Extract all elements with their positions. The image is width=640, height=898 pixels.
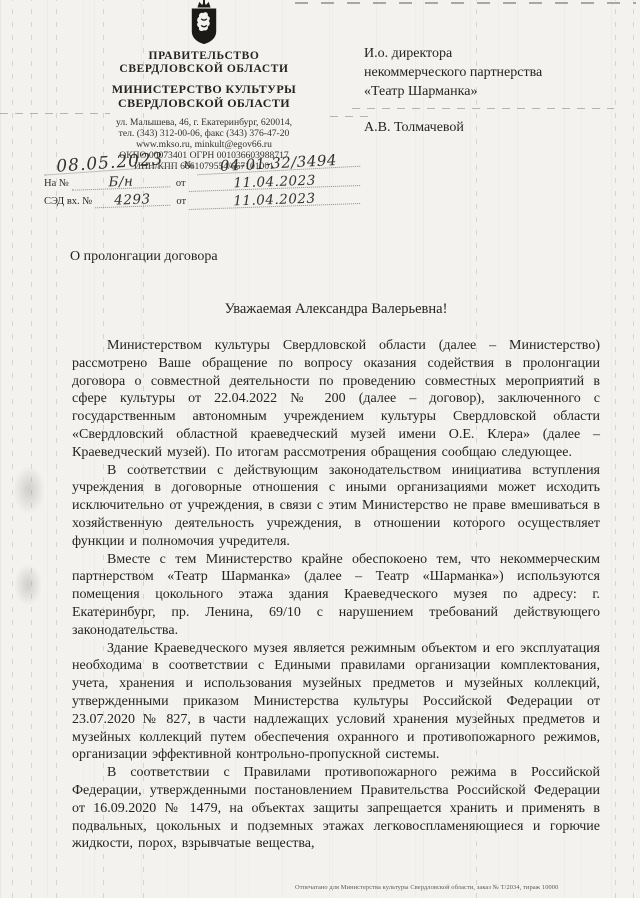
outgoing-number-handwritten: 04-01-32/3494 — [197, 153, 360, 176]
scan-artifact — [31, 0, 32, 898]
outgoing-number-label: № — [184, 160, 197, 171]
scan-artifact — [8, 555, 48, 615]
paragraph: В соответствии с Правилами противопожарн… — [72, 764, 600, 853]
reply-number-handwritten: Б/н — [72, 175, 170, 190]
scan-artifact — [615, 0, 616, 898]
scanned-letter-page: { "letterhead": { "gov_line1": "ПРАВИТЕЛ… — [0, 0, 640, 898]
reply-from-label: от — [176, 178, 189, 189]
reply-date-handwritten: 11.04.2023 — [188, 174, 360, 192]
paragraph: Министерством культуры Свердловской обла… — [72, 337, 600, 462]
paragraph: В соответствии с действующим законодател… — [72, 462, 600, 551]
letterhead-web-email: www.mkso.ru, minkult@egov66.ru — [66, 139, 342, 150]
letter-body: Министерством культуры Свердловской обла… — [72, 337, 600, 853]
coat-of-arms-icon — [184, 0, 224, 47]
ministry-name-line2: СВЕРДЛОВСКОЙ ОБЛАСТИ — [66, 97, 342, 111]
ministry-name-line1: МИНИСТЕРСТВО КУЛЬТУРЫ — [66, 83, 342, 97]
letterhead-address: ул. Малышева, 46, г. Екатеринбург, 62001… — [66, 117, 342, 128]
paragraph: Вместе с тем Министерство крайне обеспок… — [72, 551, 600, 640]
scan-artifact — [633, 0, 634, 898]
scan-artifact — [56, 0, 57, 898]
government-name-line2: СВЕРДЛОВСКОЙ ОБЛАСТИ — [66, 63, 342, 76]
letterhead: ПРАВИТЕЛЬСТВО СВЕРДЛОВСКОЙ ОБЛАСТИ МИНИС… — [66, 0, 342, 172]
addressee-organization: «Театр Шарманка» — [364, 82, 614, 101]
paragraph: Здание Краеведческого музея является реж… — [72, 640, 600, 765]
sed-number-handwritten: 4293 — [95, 194, 170, 209]
reply-to-label: На № — [44, 178, 72, 189]
addressee-block: И.о. директора некоммерческого партнерст… — [364, 44, 614, 137]
sed-incoming-label: СЭД вх. № — [44, 196, 95, 207]
scan-artifact — [6, 455, 52, 525]
addressee-position-line1: И.о. директора — [364, 44, 614, 63]
registration-block: 08.05.2023 № 04-01-32/3494 На № Б/н от 1… — [44, 151, 360, 209]
outgoing-date-handwritten: 08.05.2023 — [44, 151, 177, 175]
print-shop-footer: Отпечатано для Министерства культуры Све… — [295, 884, 639, 891]
government-name-line1: ПРАВИТЕЛЬСТВО — [66, 50, 342, 63]
letterhead-phone-fax: тел. (343) 312-00-06, факс (343) 376-47-… — [66, 128, 342, 139]
sed-from-label: от — [176, 196, 189, 207]
scan-artifact — [12, 0, 13, 898]
salutation: Уважаемая Александра Валерьевна! — [72, 301, 600, 318]
scan-artifact — [295, 2, 636, 4]
addressee-name: А.В. Толмачевой — [364, 118, 614, 137]
sed-date-handwritten: 11.04.2023 — [189, 192, 360, 210]
letter-subject: О пролонгации договора — [70, 249, 218, 265]
addressee-position-line2: некоммерческого партнерства — [364, 63, 614, 82]
